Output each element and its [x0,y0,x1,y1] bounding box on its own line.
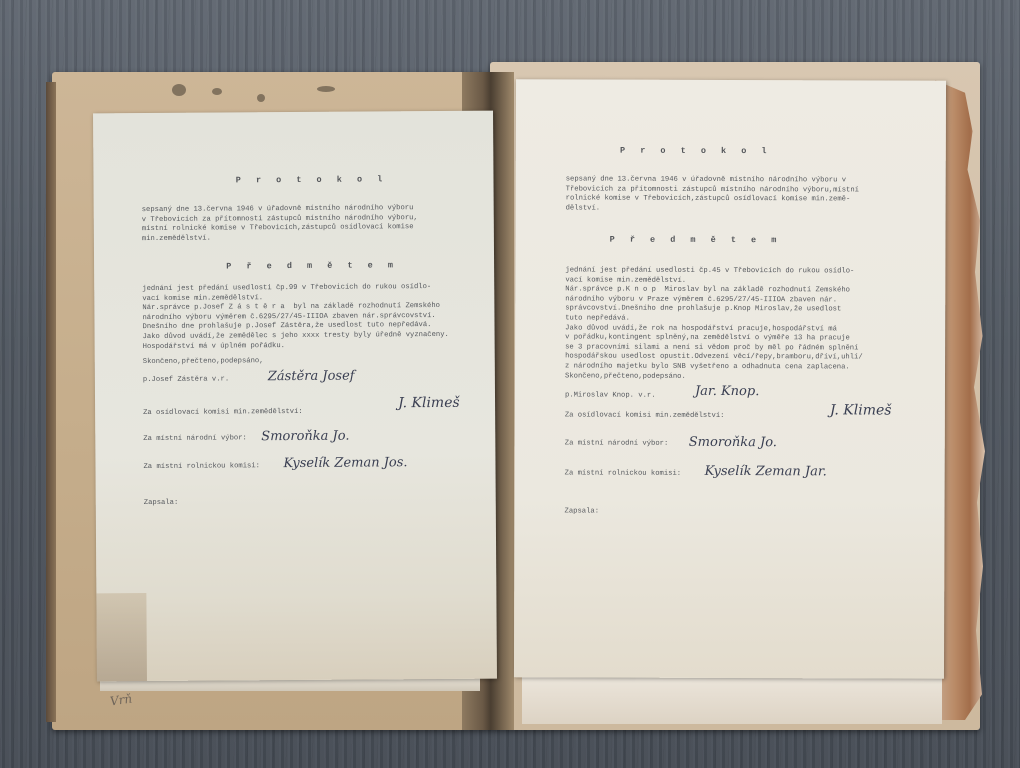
handwritten-signature: Smoroňka Jo. [689,435,777,450]
document-intro: sepsaný dne 13.června 1946 v úřadovně mí… [566,175,946,215]
recorder-row: Zapsala: [565,499,600,517]
subject-heading: P ř e d m ě t e m [565,234,825,245]
signature-row-farmers: Za místní rolnickou komisi: Kyselík Zema… [565,469,925,492]
row-label: Za místní národní výbor: [565,439,669,447]
closing-line: Skončeno,přečteno,podepsáno. [565,372,905,383]
document-title: P r o t o k o l [141,174,481,186]
recorder-row: Zapsala: [144,491,179,509]
stain [317,86,335,92]
row-label: Za osídlovací komisi min.zemědělství: [565,411,725,420]
signature-row-committee: Za místní národní výbor: Smoroňka Jo. [565,439,925,462]
signatory-signature: Jar. Knop. [695,384,759,399]
row-label: Za místní rolnickou komisi: [143,462,260,471]
handwritten-signature: Kyselík Zeman Jos. [283,455,407,471]
subject-heading: P ř e d m ě t e m [142,260,482,272]
row-label: Za místní národní výbor: [143,434,247,443]
document-title: P r o t o k o l [566,145,826,156]
handwritten-signature: J. Klimeš [398,395,460,411]
document-intro: sepsaný dne 13.června 1946 v úřadovně mí… [142,204,487,245]
document-right: P r o t o k o l sepsaný dne 13.června 19… [514,79,946,678]
closing-line: Skončeno,přečteno,podepsáno, [143,356,483,368]
stain [257,94,265,102]
handwritten-signature: Smoroňka Jo. [261,429,349,445]
signature-row-farmers: Za místní rolnickou komisi: Kyselík Zema… [143,461,483,485]
page-stack-right [522,672,942,724]
handwritten-signature: J. Klimeš [830,402,892,418]
document-body: jednání jest předání usedlosti čp.45 v T… [565,266,945,373]
stain [212,88,222,95]
stain [172,84,186,96]
handwritten-signature: Kyselík Zeman Jar. [705,464,827,479]
row-label: Za místní rolnickou komisi: [565,469,681,477]
signature-row-settlement: Za osídlovací komisi min.zemědělství: J.… [565,411,925,434]
signatory-signature: Zástěra Josef [268,369,355,385]
signatory-label: p.Josef Zástěra v.r. [143,375,229,384]
document-body: jednání jest předání usedlosti čp.99 v T… [142,283,492,353]
signature-row-committee: Za místní národní výbor: Smoroňka Jo. [143,433,483,457]
recorder-label: Zapsala: [565,507,600,515]
recorder-label: Zapsala: [144,499,179,507]
signatory-label: p.Miroslav Knop. v.r. [565,391,656,399]
signature-row-settlement: Za osídlovací komisi min.zemědělství: J.… [143,407,483,431]
document-left: P r o t o k o l sepsaný dne 13.června 19… [93,111,497,682]
row-label: Za osídlovací komisi min.zemědělství: [143,408,303,417]
